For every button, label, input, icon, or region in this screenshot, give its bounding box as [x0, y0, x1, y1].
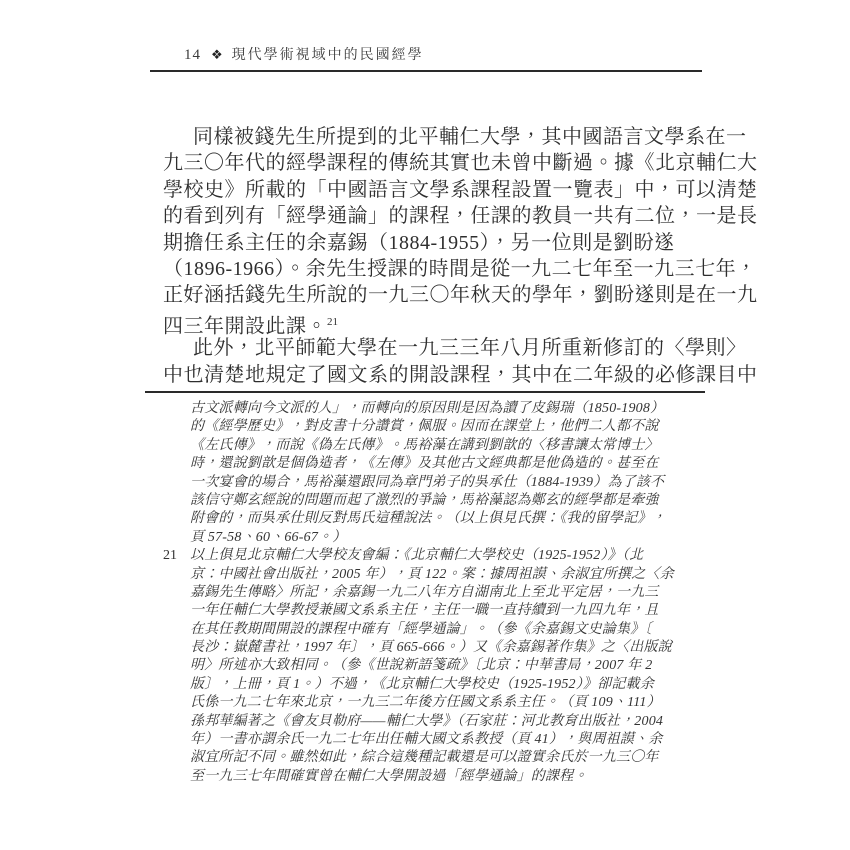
footnote-line: 版〕，上冊，頁 1。）不過，《北京輔仁大學校史（1925-1952）》卻記載余 — [190, 676, 708, 694]
footnote-line: 氏係一九二七年來北京，一九三二年後方任國文系系主任。（頁 109、111） — [190, 694, 708, 712]
paragraph-2: 此外，北平師範大學在一九三三年八月所重新修訂的〈學則〉中也清楚地規定了國文系的開… — [163, 335, 719, 388]
running-header-title: 現代學術視域中的民國經學 — [232, 48, 424, 63]
paragraph-1-last-line: 四三年開設此課。21 — [163, 309, 719, 335]
text-line: 的看到列有「經學通論」的課程，任課的教員一共有二位，一是長 — [163, 203, 719, 229]
paragraph-2-lines: 此外，北平師範大學在一九三三年八月所重新修訂的〈學則〉中也清楚地規定了國文系的開… — [163, 335, 719, 388]
clover-ornament-icon: ❖ — [211, 47, 224, 62]
footnote-line: 京：中國社會出版社，2005 年），頁 122。案：據周祖謨、余淑宜所撰之〈余 — [190, 566, 708, 584]
footnote-line: 《左氏傳》，而說《偽左氏傳》。馬裕藻在講到劉歆的〈移書讓太常博士〉 — [190, 437, 708, 455]
running-header: 14❖現代學術視域中的民國經學 — [150, 44, 702, 72]
footnote-line: 該信守鄭玄經說的問題而起了激烈的爭論，馬裕藻認為鄭玄的經學都是牽強 — [190, 492, 708, 510]
footnote-21: 21 以上俱見北京輔仁大學校友會編：《北京輔仁大學校史（1925-1952）》（… — [163, 547, 708, 786]
footnote-line: 淑宜所記不同。雖然如此，綜合這幾種記載還是可以證實余氏於一九三〇年 — [190, 749, 708, 767]
footnote-21-body: 以上俱見北京輔仁大學校友會編：《北京輔仁大學校史（1925-1952）》（北京：… — [190, 547, 708, 786]
book-page: 14❖現代學術視域中的民國經學 同樣被錢先生所提到的北平輔仁大學，其中國語言文學… — [0, 0, 850, 850]
text-line: 正好涵括錢先生所說的一九三〇年秋天的學年，劉盼遂則是在一九 — [163, 282, 719, 308]
footnote-line: 在其任教期間開設的課程中確有「經學通論」。（參《余嘉錫文史論集》〔 — [190, 621, 708, 639]
footnote-line: 附會的，而吳承仕則反對馬氏這種說法。（以上俱見氏撰：《我的留學記》， — [190, 510, 708, 528]
footnote-line: 一年任輔仁大學教授兼國文系系主任，主任一職一直持續到一九四九年，且 — [190, 602, 708, 620]
footnote-reference-21: 21 — [327, 316, 338, 328]
text-line: 九三〇年代的經學課程的傳統其實也未曾中斷過。據《北京輔仁大 — [163, 150, 719, 176]
paragraph-1: 同樣被錢先生所提到的北平輔仁大學，其中國語言文學系在一九三〇年代的經學課程的傳統… — [163, 124, 719, 335]
footnote-line: 至一九三七年間確實曾在輔仁大學開設過「經學通論」的課程。 — [190, 768, 708, 786]
footnote-line: 時，還說劉歆是個偽造者，《左傳》及其他古文經典都是他偽造的。甚至在 — [190, 455, 708, 473]
footnote-line: 年）一書亦謂余氏一九二七年出任輔大國文系教授（頁 41），與周祖謨、余 — [190, 731, 708, 749]
text-line: 此外，北平師範大學在一九三三年八月所重新修訂的〈學則〉 — [163, 335, 719, 361]
paragraph-1-lines: 同樣被錢先生所提到的北平輔仁大學，其中國語言文學系在一九三〇年代的經學課程的傳統… — [163, 124, 719, 309]
footnotes-block: 古文派轉向今文派的人」，而轉向的原因則是因為讀了皮錫瑞（1850-1908）的《… — [163, 400, 708, 786]
footnote-line: 明〉所述亦大致相同。（參《世說新語箋疏》〔北京：中華書局，2007 年 2 — [190, 657, 708, 675]
footnote-21-number: 21 — [163, 547, 177, 565]
footnote-20-continuation: 古文派轉向今文派的人」，而轉向的原因則是因為讀了皮錫瑞（1850-1908）的《… — [190, 400, 708, 547]
footnote-line: 的《經學歷史》，對皮書十分讚賞，佩服。因而在課堂上，他們二人都不說 — [190, 418, 708, 436]
text-line: （1896-1966）。余先生授課的時間是從一九二七年至一九三七年， — [163, 256, 719, 282]
footnote-line: 嘉錫先生傳略〉所記，余嘉錫一九二八年方自湖南北上至北平定居，一九三 — [190, 584, 708, 602]
page-number: 14 — [184, 47, 201, 63]
text-line: 期擔任系主任的余嘉錫（1884-1955），另一位則是劉盼遂 — [163, 230, 719, 256]
main-text-block: 同樣被錢先生所提到的北平輔仁大學，其中國語言文學系在一九三〇年代的經學課程的傳統… — [163, 124, 719, 388]
footnote-line: 以上俱見北京輔仁大學校友會編：《北京輔仁大學校史（1925-1952）》（北 — [190, 547, 708, 565]
footnote-line: 長沙：嶽麓書社，1997 年〕，頁 665-666。）又《余嘉錫著作集》之〈出版… — [190, 639, 708, 657]
text-line: 中也清楚地規定了國文系的開設課程，其中在二年級的必修課目中 — [163, 362, 719, 388]
footnote-line: 一次宴會的場合，馬裕藻還跟同為章門弟子的吳承仕（1884-1939）為了該不 — [190, 474, 708, 492]
footnote-line: 頁 57-58、60、66-67。） — [190, 529, 708, 547]
footnote-separator-rule — [145, 391, 705, 393]
text-line: 四三年開設此課。 — [163, 315, 327, 337]
text-line: 學校史》所載的「中國語言文學系課程設置一覽表」中，可以清楚 — [163, 177, 719, 203]
text-line: 同樣被錢先生所提到的北平輔仁大學，其中國語言文學系在一 — [163, 124, 719, 150]
footnote-line: 孫邦華編著之《會友貝勒府——輔仁大學》（石家莊：河北教育出版社，2004 — [190, 713, 708, 731]
footnote-line: 古文派轉向今文派的人」，而轉向的原因則是因為讀了皮錫瑞（1850-1908） — [190, 400, 708, 418]
